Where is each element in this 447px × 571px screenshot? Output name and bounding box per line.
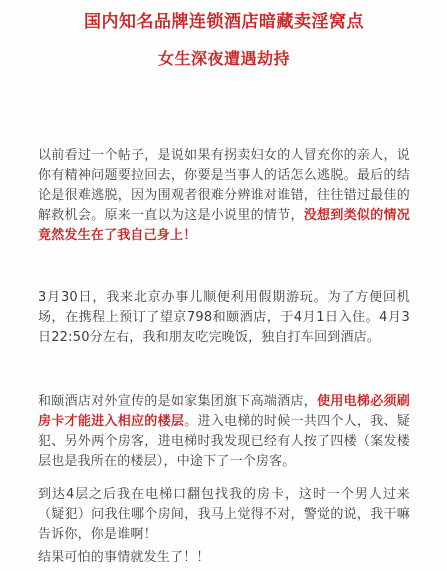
paragraph: 和颐酒店对外宣传的是如家集团旗下高端酒店，使用电梯必须刷房卡才能进入相应的楼层。… — [38, 392, 410, 472]
article-body: 国内知名品牌连锁酒店暗藏卖淫窝点 女生深夜遭遇劫持 以前看过一个帖子，是说如果有… — [0, 0, 447, 568]
body-text: 到达4层之后我在电梯口翻包找我的房卡，这时一个男人过来（疑犯）问我住哪个房间，我… — [38, 487, 410, 542]
paragraph: 结果可怕的事情就发生了！！ — [38, 548, 410, 568]
body-text: 3月30日，我来北京办事儿顺便利用假期游玩。为了方便回机场，在携程上预订了望京7… — [38, 290, 410, 345]
body-text: 和颐酒店对外宣传的是如家集团旗下高端酒店， — [38, 394, 317, 409]
paragraph: 到达4层之后我在电梯口翻包找我的房卡，这时一个男人过来（疑犯）问我住哪个房间，我… — [38, 485, 410, 545]
article-paragraphs: 以前看过一个帖子，是说如果有拐卖妇女的人冒充你的亲人，说你有精神问题要拉回去，你… — [38, 146, 410, 568]
headline-primary: 国内知名品牌连锁酒店暗藏卖淫窝点 — [38, 10, 410, 34]
body-text: 结果可怕的事情就发生了！！ — [38, 550, 210, 565]
paragraph: 以前看过一个帖子，是说如果有拐卖妇女的人冒充你的亲人，说你有精神问题要拉回去，你… — [38, 146, 410, 246]
paragraph: 3月30日，我来北京办事儿顺便利用假期游玩。为了方便回机场，在携程上预订了望京7… — [38, 288, 410, 348]
headline-secondary: 女生深夜遭遇劫持 — [38, 48, 410, 70]
